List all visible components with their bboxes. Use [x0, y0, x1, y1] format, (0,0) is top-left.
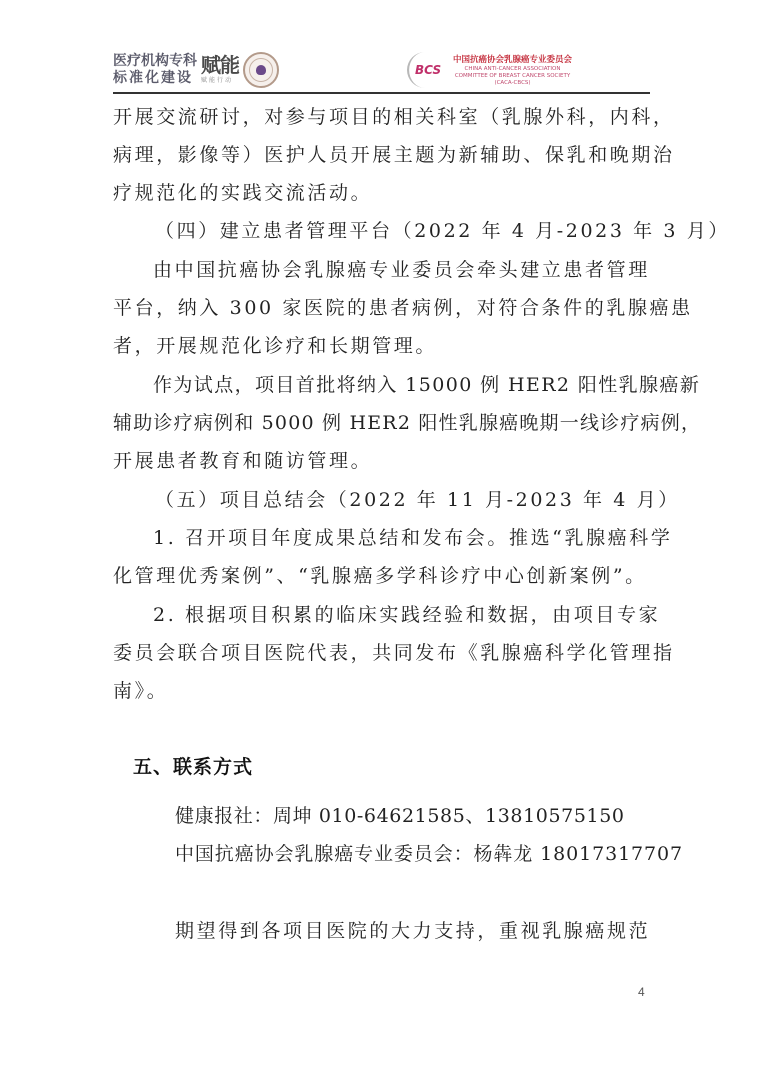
bcs-mark: BCS — [415, 63, 441, 77]
empowerment-logo: 赋能 赋能行动 — [201, 54, 239, 86]
paragraph-line: 辅助诊疗病例和 5000 例 HER2 阳性乳腺癌晚期一线诊疗病例， — [113, 411, 650, 435]
paragraph-line: 病理，影像等）医护人员开展主题为新辅助、保乳和晚期治 — [113, 143, 650, 167]
paragraph-line: 委员会联合项目医院代表，共同发布《乳腺癌科学化管理指 — [113, 641, 650, 665]
section-heading-contact: 五、联系方式 — [113, 755, 670, 779]
logo-text-line2: 标准化建设 — [113, 70, 197, 87]
page-header: 医疗机构专科 标准化建设 赋能 赋能行动 BCS 中国抗癌协会乳腺癌专业委员会 … — [113, 48, 650, 92]
contact-line-cbcs: 中国抗癌协会乳腺癌专业委员会：杨犇龙 18017317707 — [113, 842, 712, 866]
list-item-1: 1. 召开项目年度成果总结和发布会。推选“乳腺癌科学 — [113, 526, 690, 550]
subsection-heading-5: （五）项目总结会（2022 年 11 月-2023 年 4 月） — [113, 488, 692, 512]
paragraph-line: 作为试点，项目首批将纳入 15000 例 HER2 阳性乳腺癌新 — [113, 373, 690, 397]
list-item-2: 2. 根据项目积累的临床实践经验和数据，由项目专家 — [113, 603, 690, 627]
contact-line-health-news: 健康报社：周坤 010-64621585、13810575150 — [113, 804, 712, 828]
bcs-english-line3: (CACA-CBCS) — [494, 80, 530, 87]
paragraph-line: 由中国抗癌协会乳腺癌专业委员会牵头建立患者管理 — [113, 258, 690, 282]
paragraph-line: 开展交流研讨，对参与项目的相关科室（乳腺外科，内科， — [113, 105, 650, 129]
paragraph-line: 平台，纳入 300 家医院的患者病例，对符合条件的乳腺癌患 — [113, 296, 650, 320]
standardization-logo-group: 医疗机构专科 标准化建设 赋能 赋能行动 — [113, 48, 279, 92]
paragraph-line: 者，开展规范化诊疗和长期管理。 — [113, 334, 650, 358]
empowerment-logo-subtitle: 赋能行动 — [201, 76, 233, 86]
bcs-english-line2: COMMITTEE OF BREAST CANCER SOCIETY — [455, 73, 570, 80]
caca-cbcs-logo: BCS 中国抗癌协会乳腺癌专业委员会 CHINA ANTI-CANCER ASS… — [403, 48, 572, 92]
closing-paragraph-line: 期望得到各项目医院的大力支持，重视乳腺癌规范 — [113, 919, 712, 943]
bcs-text-block: 中国抗癌协会乳腺癌专业委员会 CHINA ANTI-CANCER ASSOCIA… — [453, 54, 572, 87]
bcs-english-line1: CHINA ANTI-CANCER ASSOCIATION — [465, 66, 561, 73]
paragraph-line: 开展患者教育和随访管理。 — [113, 449, 650, 473]
empowerment-logo-title: 赋能 — [201, 54, 239, 76]
paragraph-line: 疗规范化的实践交流活动。 — [113, 181, 650, 205]
association-seal-icon — [243, 52, 279, 88]
subsection-heading-4: （四）建立患者管理平台（2022 年 4 月-2023 年 3 月） — [113, 219, 692, 243]
paragraph-line: 化管理优秀案例”、“乳腺癌多学科诊疗中心创新案例”。 — [113, 564, 650, 588]
standardization-logo-text: 医疗机构专科 标准化建设 — [113, 53, 197, 87]
logo-text-line1: 医疗机构专科 — [113, 53, 197, 70]
crescent-icon: BCS — [403, 50, 435, 90]
header-divider — [113, 92, 650, 94]
page-number: 4 — [638, 985, 645, 999]
bcs-chinese-name: 中国抗癌协会乳腺癌专业委员会 — [453, 54, 572, 66]
paragraph-line: 南》。 — [113, 679, 650, 703]
